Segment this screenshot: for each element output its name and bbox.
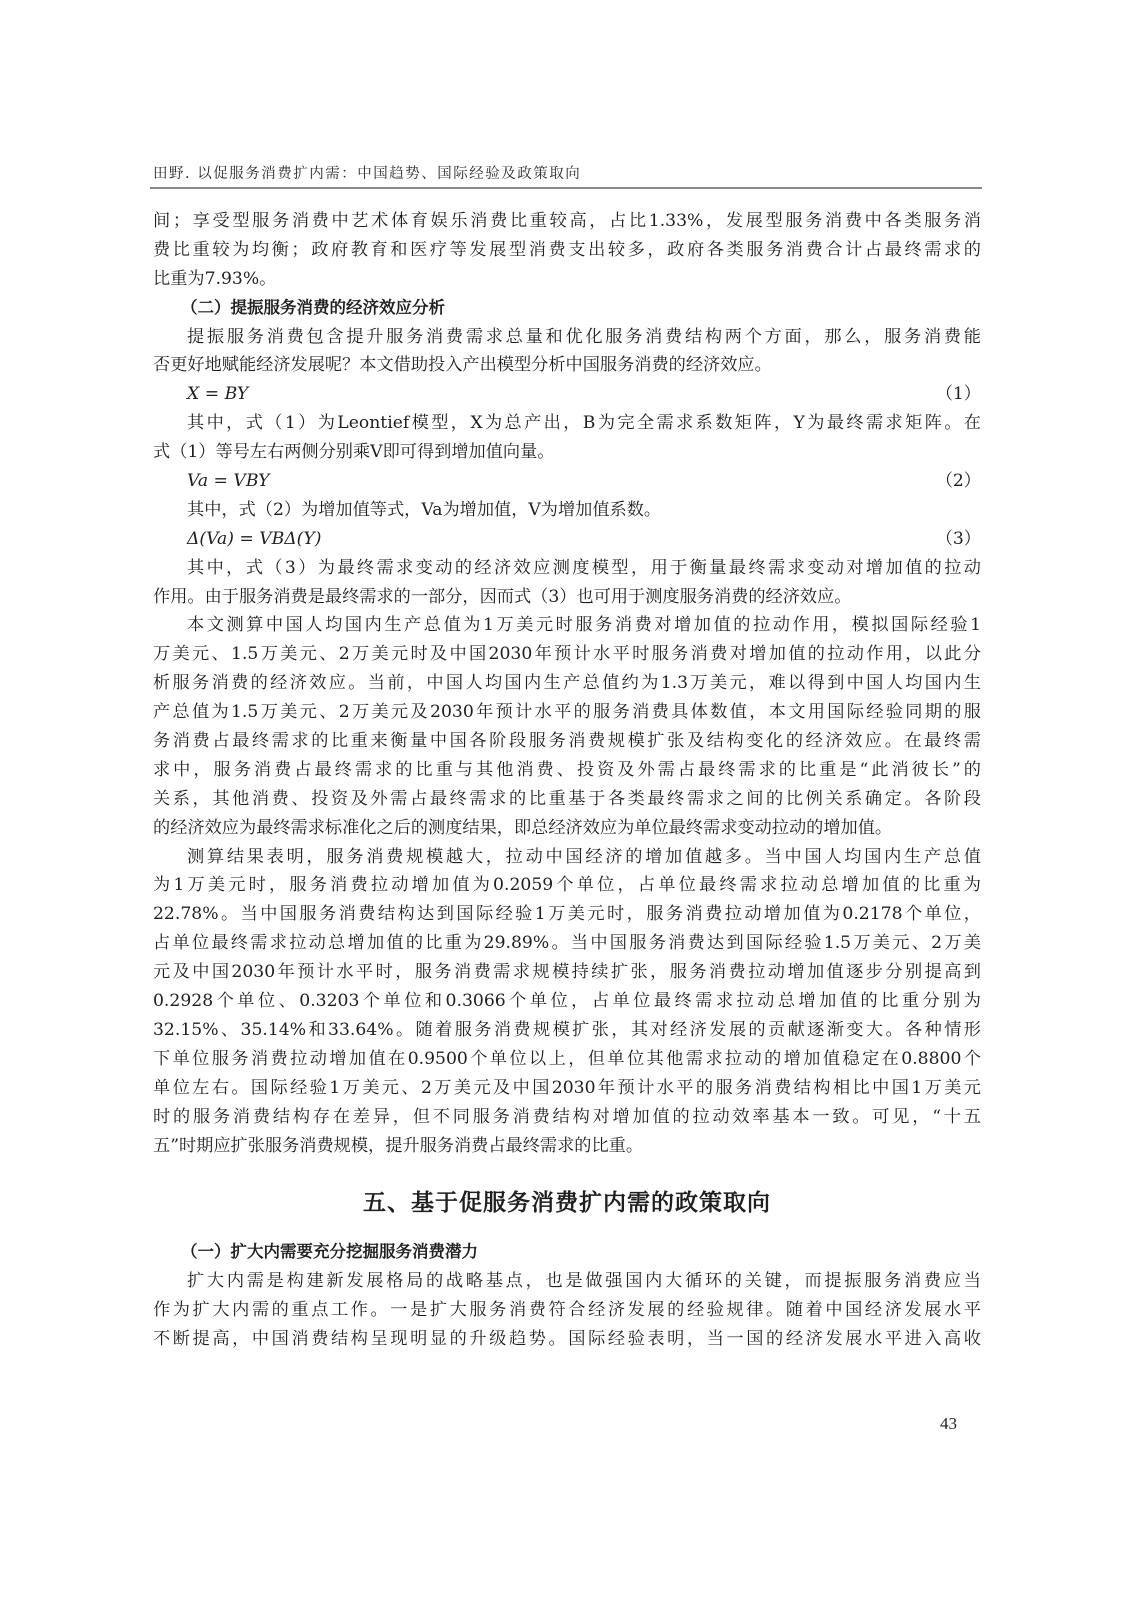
text-line: 其中，式（1）为Leontief模型，X为总产出，B为完全需求系数矩阵，Y为最终… xyxy=(153,409,981,438)
text-line: 作为扩大内需的重点工作。一是扩大服务消费符合经济发展的经验规律。随着中国经济发展… xyxy=(153,1296,981,1325)
equation-1: X = BY （1） xyxy=(153,380,981,409)
running-head: 田野. 以促服务消费扩内需：中国趋势、国际经验及政策取向 xyxy=(153,162,581,183)
text-line: 测算结果表明，服务消费规模越大，拉动中国经济的增加值越多。当中国人均国内生产总值 xyxy=(153,843,981,872)
equation-number: （1） xyxy=(936,380,981,409)
subsection-heading: （二）提振服务消费的经济效应分析 xyxy=(153,294,981,323)
paragraph-continued: 间；享受型服务消费中艺术体育娱乐消费比重较高，占比1.33%，发展型服务消费中各… xyxy=(153,207,981,294)
text-line: 万美元、1.5万美元、2万美元时及中国2030年预计水平时服务消费对增加值的拉动… xyxy=(153,640,981,669)
text-line: 为1万美元时，服务消费拉动增加值为0.2059个单位，占单位最终需求拉动总增加值… xyxy=(153,871,981,900)
paragraph-eq1-explanation: 其中，式（1）为Leontief模型，X为总产出，B为完全需求系数矩阵，Y为最终… xyxy=(153,409,981,467)
paragraph-eq3-explanation: 其中，式（3）为最终需求变动的经济效应测度模型，用于衡量最终需求变动对增加值的拉… xyxy=(153,554,981,612)
paragraph-section5-intro: 扩大内需是构建新发展格局的战略基点，也是做强国内大循环的关键，而提振服务消费应当… xyxy=(153,1267,981,1354)
text-line: 其中，式（2）为增加值等式，Va为增加值，V为增加值系数。 xyxy=(153,496,981,525)
text-line: 的经济效应为最终需求标准化之后的测度结果，即总经济效应为单位最终需求变动拉动的增… xyxy=(153,814,981,843)
equation-expression: Va = VBY xyxy=(187,467,270,496)
text-line: 时的服务消费结构存在差异，但不同服务消费结构对增加值的拉动效率基本一致。可见，“… xyxy=(153,1103,981,1132)
text-line: 否更好地赋能经济发展呢？本文借助投入产出模型分析中国服务消费的经济效应。 xyxy=(153,351,981,380)
text-line: 提振服务消费包含提升服务消费需求总量和优化服务消费结构两个方面，那么，服务消费能 xyxy=(153,323,981,352)
equation-2: Va = VBY （2） xyxy=(153,467,981,496)
text-line: 其中，式（3）为最终需求变动的经济效应测度模型，用于衡量最终需求变动对增加值的拉… xyxy=(153,554,981,583)
equation-3: Δ(Va) = VBΔ(Y) （3） xyxy=(153,525,981,554)
page-number: 43 xyxy=(940,1414,957,1434)
text-line: 关系，其他消费、投资及外需占最终需求的比重基于各类最终需求之间的比例关系确定。各… xyxy=(153,785,981,814)
text-line: 比重为7.93%。 xyxy=(153,265,981,294)
text-line: 作用。由于服务消费是最终需求的一部分，因而式（3）也可用于测度服务消费的经济效应… xyxy=(153,583,981,612)
text-line: 不断提高，中国消费结构呈现明显的升级趋势。国际经验表明，当一国的经济发展水平进入… xyxy=(153,1325,981,1354)
section-title: 五、基于促服务消费扩内需的政策取向 xyxy=(153,1168,981,1238)
text-line: 0.2928个单位、0.3203个单位和0.3066个单位，占单位最终需求拉动总… xyxy=(153,987,981,1016)
document-page: 田野. 以促服务消费扩内需：中国趋势、国际经验及政策取向 间；享受型服务消费中艺… xyxy=(0,0,1140,1600)
paragraph-intro: 提振服务消费包含提升服务消费需求总量和优化服务消费结构两个方面，那么，服务消费能… xyxy=(153,323,981,381)
text-line: 式（1）等号左右两侧分别乘V即可得到增加值向量。 xyxy=(153,438,981,467)
text-line: 五”时期应扩张服务消费规模，提升服务消费占最终需求的比重。 xyxy=(153,1132,981,1161)
equation-number: （2） xyxy=(936,467,981,496)
subsection-heading: （一）扩大内需要充分挖掘服务消费潜力 xyxy=(153,1238,981,1267)
text-line: 下单位服务消费拉动增加值在0.9500个单位以上，但单位其他需求拉动的增加值稳定… xyxy=(153,1045,981,1074)
text-line: 费比重较为均衡；政府教育和医疗等发展型消费支出较多，政府各类服务消费合计占最终需… xyxy=(153,236,981,265)
text-line: 单位左右。国际经验1万美元、2万美元及中国2030年预计水平的服务消费结构相比中… xyxy=(153,1074,981,1103)
text-line: 求中，服务消费占最终需求的比重与其他消费、投资及外需占最终需求的比重是“此消彼长… xyxy=(153,756,981,785)
text-line: 析服务消费的经济效应。当前，中国人均国内生产总值约为1.3万美元，难以得到中国人… xyxy=(153,669,981,698)
text-line: 间；享受型服务消费中艺术体育娱乐消费比重较高，占比1.33%，发展型服务消费中各… xyxy=(153,207,981,236)
text-line: 本文测算中国人均国内生产总值为1万美元时服务消费对增加值的拉动作用，模拟国际经验… xyxy=(153,611,981,640)
paragraph-method: 本文测算中国人均国内生产总值为1万美元时服务消费对增加值的拉动作用，模拟国际经验… xyxy=(153,611,981,842)
text-line: 元及中国2030年预计水平时，服务消费需求规模持续扩张，服务消费拉动增加值逐步分… xyxy=(153,958,981,987)
text-line: 占单位最终需求拉动总增加值的比重为29.89%。当中国服务消费达到国际经验1.5… xyxy=(153,929,981,958)
equation-number: （3） xyxy=(936,525,981,554)
text-line: 22.78%。当中国服务消费结构达到国际经验1万美元时，服务消费拉动增加值为0.… xyxy=(153,900,981,929)
text-line: 扩大内需是构建新发展格局的战略基点，也是做强国内大循环的关键，而提振服务消费应当 xyxy=(153,1267,981,1296)
equation-expression: X = BY xyxy=(187,380,248,409)
paragraph-results: 测算结果表明，服务消费规模越大，拉动中国经济的增加值越多。当中国人均国内生产总值… xyxy=(153,843,981,1161)
body-content: 间；享受型服务消费中艺术体育娱乐消费比重较高，占比1.33%，发展型服务消费中各… xyxy=(153,207,981,1354)
text-line: 32.15%、35.14%和33.64%。随着服务消费规模扩张，其对经济发展的贡… xyxy=(153,1016,981,1045)
header-rule xyxy=(150,187,982,189)
text-line: 务消费占最终需求的比重来衡量中国各阶段服务消费规模扩张及结构变化的经济效应。在最… xyxy=(153,727,981,756)
equation-expression: Δ(Va) = VBΔ(Y) xyxy=(187,525,321,554)
paragraph-eq2-explanation: 其中，式（2）为增加值等式，Va为增加值，V为增加值系数。 xyxy=(153,496,981,525)
text-line: 产总值为1.5万美元、2万美元及2030年预计水平的服务消费具体数值，本文用国际… xyxy=(153,698,981,727)
